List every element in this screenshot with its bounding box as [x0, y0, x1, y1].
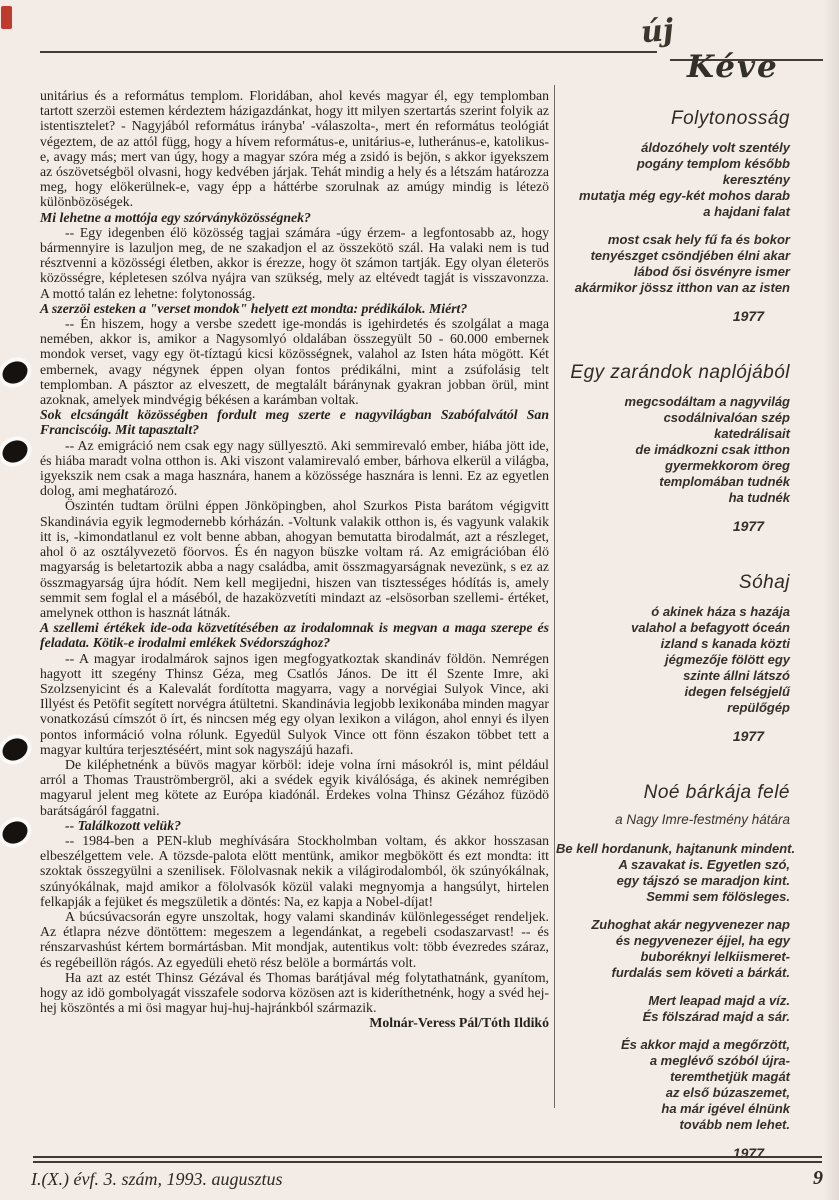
poem-line: ó akinek háza s hazája — [556, 604, 790, 620]
poem-title: Noé bárkája felé — [556, 782, 790, 804]
poem-title: Folytonosság — [556, 108, 790, 130]
poem-line: izland s kanada közti — [556, 636, 790, 652]
poem: Noé bárkája feléa Nagy Imre-festmény hát… — [556, 782, 790, 1161]
poem-line: valahol a befagyott óceán — [556, 620, 790, 636]
article-paragraph: -- Egy idegenben élö közösség tagjai szá… — [40, 225, 549, 301]
column-divider — [554, 85, 555, 1108]
poems-column: Folytonosságáldozóhely volt szentélypogá… — [556, 96, 790, 1161]
poem-line: csodálnivalóan szép — [556, 410, 790, 426]
magazine-page: új Kéve unitárius és a református templo… — [0, 0, 839, 1200]
interview-question: Sok elcsángált közösségben fordult meg s… — [40, 407, 549, 437]
poem-line: idegen felségjelű — [556, 684, 790, 700]
masthead-logo-keve: Kéve — [687, 49, 779, 85]
red-corner-mark — [1, 6, 12, 29]
poem-line: ha tudnék — [556, 490, 790, 506]
footer-page-number: 9 — [813, 1167, 823, 1190]
article-paragraph: A búcsúvacsorán egyre unszoltak, hogy va… — [40, 909, 549, 970]
poem-line: Zuhoghat akár negyvenezer nap — [556, 917, 790, 933]
poem-line: És akkor majd a megőrzött, — [556, 1037, 790, 1053]
poem-line: az első búzaszemet, — [556, 1085, 790, 1101]
poem-line: tenyészget csöndjében élni akar — [556, 248, 790, 264]
poem: Sóhajó akinek háza s hazájavalahol a bef… — [556, 572, 790, 744]
poem-stanza: Be kell hordanunk, hajtanunk mindent.A s… — [556, 841, 790, 905]
footer-issue-line: I.(X.) évf. 3. szám, 1993. augusztus — [31, 1169, 282, 1190]
poem-year: 1977 — [556, 728, 790, 744]
poem-line: megcsodáltam a nagyvilág — [556, 394, 790, 410]
poem-line: furdalás sem követi a bárkát. — [556, 965, 790, 981]
poem-stanza: Zuhoghat akár negyvenezer napés negyvene… — [556, 917, 790, 981]
poem-line: repülőgép — [556, 700, 790, 716]
poem-line: de imádkozni csak itthon — [556, 442, 790, 458]
poem-year: 1977 — [556, 308, 790, 324]
poem-line: ha már igével élnünk — [556, 1101, 790, 1117]
poem-line: buboréknyi lelkiismeret- — [556, 949, 790, 965]
punch-hole-mark — [0, 817, 31, 848]
article-paragraph: unitárius és a református templom. Flori… — [40, 88, 549, 210]
article-paragraph: -- Az emigráció nem csak egy nagy süllye… — [40, 438, 549, 499]
interview-question: -- Találkozott velük? — [40, 818, 549, 833]
poem-line: a meglévő szóból újra- — [556, 1053, 790, 1069]
poem-line: áldozóhely volt szentély — [556, 140, 790, 156]
poem-line: pogány templom később — [556, 156, 790, 172]
poem-line: Semmi sem fölösleges. — [556, 889, 790, 905]
poem-line: tovább nem lehet. — [556, 1117, 790, 1133]
article-signature: Molnár-Veress Pál/Tóth Ildikó — [40, 1015, 549, 1030]
poem-line: Be kell hordanunk, hajtanunk mindent. — [556, 841, 790, 857]
poem-line: és negyvenezer éjjel, ha egy — [556, 933, 790, 949]
article-paragraph: -- A magyar irodalmárok sajnos igen megf… — [40, 651, 549, 757]
poem-line: keresztény — [556, 172, 790, 188]
poem-line: A szavakat is. Egyetlen szó, — [556, 857, 790, 873]
interview-question: A szellemi értékek ide-oda közvetítésébe… — [40, 620, 549, 650]
poem-stanza: megcsodáltam a nagyvilágcsodálnivalóan s… — [556, 394, 790, 506]
header-rule-left — [40, 51, 657, 53]
poem-title: Egy zarándok naplójából — [556, 362, 790, 384]
poem-stanza: Mert leapad majd a víz.És fölszárad majd… — [556, 993, 790, 1025]
poem-line: gyermekkorom öreg — [556, 458, 790, 474]
poem: Folytonosságáldozóhely volt szentélypogá… — [556, 108, 790, 324]
article-paragraph: -- 1984-ben a PEN-klub meghívására Stock… — [40, 833, 549, 909]
poem-year: 1977 — [556, 518, 790, 534]
poem-line: Mert leapad majd a víz. — [556, 993, 790, 1009]
footer-rule — [33, 1156, 822, 1163]
interview-question: Mi lehetne a mottója egy szórványközössé… — [40, 210, 549, 225]
poem-line: És fölszárad majd a sár. — [556, 1009, 790, 1025]
poem-stanza: most csak hely fű fa és bokortenyészget … — [556, 232, 790, 296]
interview-question: A szerzöi esteken a "verset mondok" hely… — [40, 301, 549, 316]
poem-stanza: ó akinek háza s hazájavalahol a befagyot… — [556, 604, 790, 716]
poem-stanza: áldozóhely volt szentélypogány templom k… — [556, 140, 790, 220]
article-column: unitárius és a református templom. Flori… — [40, 88, 549, 1031]
poem-line: templomában tudnék — [556, 474, 790, 490]
masthead-logo-uj: új — [640, 13, 676, 51]
poem: Egy zarándok naplójábólmegcsodáltam a na… — [556, 362, 790, 534]
poem-line: szinte állni látszó — [556, 668, 790, 684]
poem-line: most csak hely fű fa és bokor — [556, 232, 790, 248]
poem-line: jégmezője fölött egy — [556, 652, 790, 668]
poem-line: lábod ősi ösvényre ismer — [556, 264, 790, 280]
punch-hole-mark — [0, 436, 31, 467]
poem-line: teremthetjük magát — [556, 1069, 790, 1085]
article-paragraph: Ha azt az estét Thinsz Gézával és Thomas… — [40, 970, 549, 1016]
poem-stanza: És akkor majd a megőrzött,a meglévő szób… — [556, 1037, 790, 1133]
article-paragraph: De kiléphetnénk a büvös magyar körböl: i… — [40, 757, 549, 818]
poem-title: Sóhaj — [556, 572, 790, 594]
poem-line: a hajdani falat — [556, 204, 790, 220]
article-paragraph: -- Én hiszem, hogy a versbe szedett ige-… — [40, 316, 549, 407]
article-body: unitárius és a református templom. Flori… — [40, 88, 549, 1015]
poem-line: katedrálisait — [556, 426, 790, 442]
poem-line: akármikor jössz itthon van az isten — [556, 280, 790, 296]
punch-hole-mark — [0, 734, 31, 765]
poem-line: mutatja még egy-két mohos darab — [556, 188, 790, 204]
poem-line: egy tájszó se maradjon kint. — [556, 873, 790, 889]
poem-subtitle: a Nagy Imre-festmény hátára — [556, 812, 790, 827]
article-paragraph: Öszintén tudtam örülni éppen Jönköpingbe… — [40, 498, 549, 620]
punch-hole-mark — [0, 357, 31, 388]
